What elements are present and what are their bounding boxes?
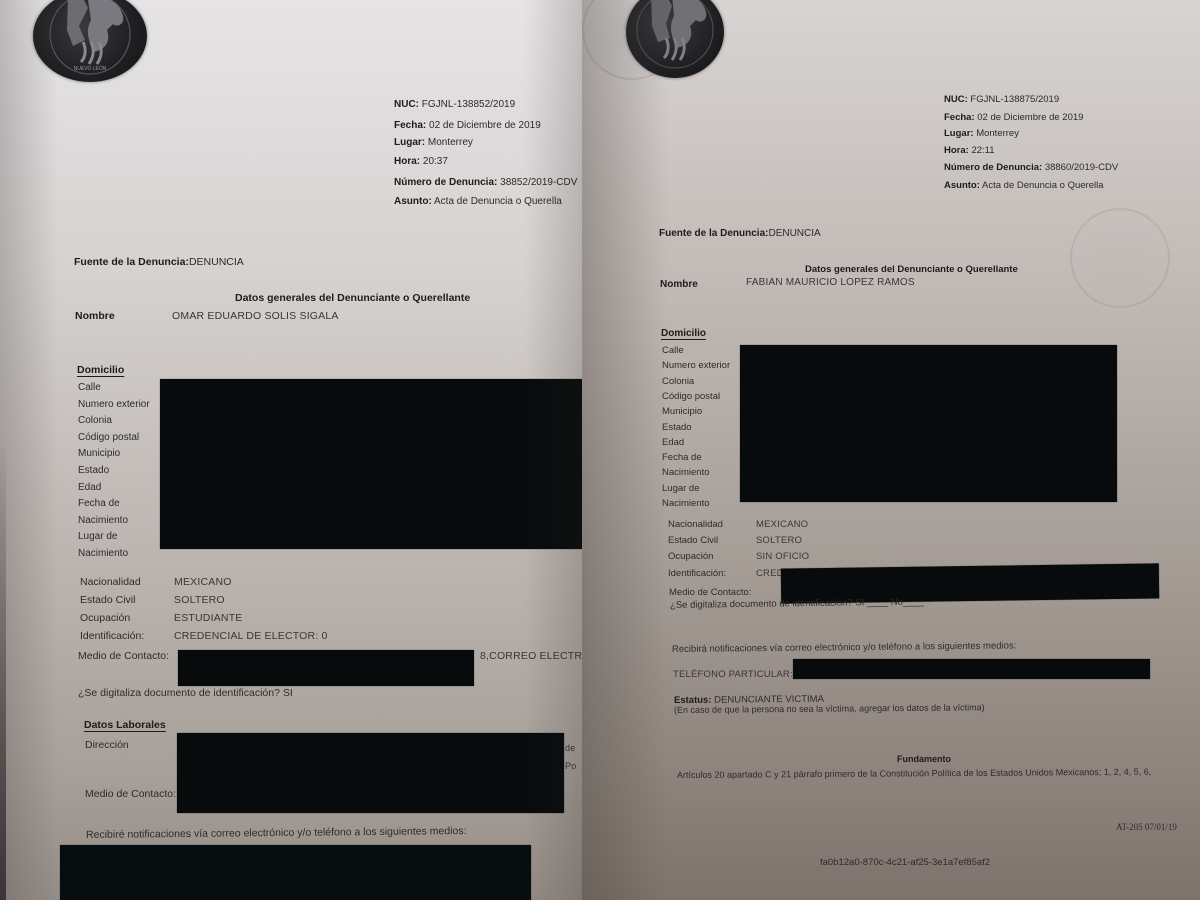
domicilio-field-label: Código postal xyxy=(78,432,139,443)
personal-field-value: ESTUDIANTE xyxy=(174,612,243,624)
fecha-line: Fecha: 02 de Diciembre de 2019 xyxy=(944,112,1083,123)
svg-text:NUEVO LEÓN: NUEVO LEÓN xyxy=(74,65,107,72)
digitaliza-line: ¿Se digitaliza documento de identificaci… xyxy=(78,687,293,699)
redaction-block-address xyxy=(740,345,1117,502)
hora-line: Hora: 22:11 xyxy=(944,145,995,156)
domicilio-field-label: Edad xyxy=(78,482,101,493)
domicilio-field-label: Nacimiento xyxy=(78,515,128,526)
lugar-line: Lugar: Monterrey xyxy=(394,137,473,148)
personal-field-label: Estado Civil xyxy=(668,535,718,546)
nombre-value: OMAR EDUARDO SOLIS SIGALA xyxy=(172,310,339,322)
fecha-line: Fecha: 02 de Diciembre de 2019 xyxy=(394,120,541,131)
notificaciones-line: Recibirá notificaciones vía correo elect… xyxy=(672,640,1016,655)
fuente-denuncia: Fuente de la Denuncia:DENUNCIA xyxy=(74,256,244,268)
domicilio-field-label: Código postal xyxy=(662,391,720,402)
domicilio-field-label: Municipio xyxy=(662,406,702,417)
form-code: AT-205 07/01/19 xyxy=(1116,822,1177,832)
estatus-note: (En caso de que la persona no sea la víc… xyxy=(674,702,985,715)
direccion-label: Dirección xyxy=(85,739,129,751)
numero-denuncia-line: Número de Denuncia: 38852/2019-CDV xyxy=(394,177,577,188)
personal-field-label: Nacionalidad xyxy=(80,576,141,588)
redaction-block-address xyxy=(160,379,582,549)
personal-field-label: Estado Civil xyxy=(80,594,135,606)
domicilio-field-label: Numero exterior xyxy=(78,399,150,410)
photo-of-two-documents: NUEVO LEÓN NUC: FGJNL-138852/2019 Fecha:… xyxy=(0,0,1200,900)
personal-field-value: MEXICANO xyxy=(756,519,808,530)
personal-field-value: SIN OFICIO xyxy=(756,551,809,562)
personal-field-value: SOLTERO xyxy=(756,535,802,546)
section-title-datos-generales: Datos generales del Denunciante o Querel… xyxy=(235,292,470,304)
nuevo-leon-seal-icon: NUEVO LEÓN xyxy=(33,0,147,82)
fuente-denuncia: Fuente de la Denuncia:DENUNCIA xyxy=(659,228,821,239)
document-hash-id: fa0b12a0-870c-4c21-af25-3e1a7ef85af2 xyxy=(820,857,990,868)
domicilio-field-label: Fecha de xyxy=(78,498,120,509)
right-document-page: NUC: FGJNL-138875/2019 Fecha: 02 de Dici… xyxy=(582,0,1200,900)
domicilio-field-label: Lugar de xyxy=(78,531,117,542)
personal-field-value: CREDENCIAL DE ELECTOR: 0 xyxy=(174,630,328,642)
medio-contacto-label: Medio de Contacto: xyxy=(669,587,751,598)
personal-field-label: Nacionalidad xyxy=(668,519,723,530)
personal-field-label: Identificación: xyxy=(668,568,726,579)
notificaciones-line: Recibiré notificaciones vía correo elect… xyxy=(86,825,467,841)
numero-denuncia-line: Número de Denuncia: 38860/2019-CDV xyxy=(944,162,1118,173)
page-edge-shadow xyxy=(0,440,6,900)
nombre-value: FABIAN MAURICIO LOPEZ RAMOS xyxy=(746,277,915,288)
hora-line: Hora: 20:37 xyxy=(394,156,448,167)
personal-field-value: SOLTERO xyxy=(174,594,225,606)
redaction-block-contact xyxy=(178,650,474,686)
direccion-tail-1: de xyxy=(565,743,575,753)
domicilio-field-label: Municipio xyxy=(78,448,120,459)
nombre-label: Nombre xyxy=(660,279,698,290)
medio-contacto-visible-tail: 8,CORREO ELECTRO xyxy=(480,650,582,662)
domicilio-field-label: Fecha de xyxy=(662,452,702,463)
domicilio-heading: Domicilio xyxy=(661,328,706,339)
asunto-line: Asunto: Acta de Denuncia o Querella xyxy=(394,196,562,207)
asunto-line: Asunto: Acta de Denuncia o Querella xyxy=(944,180,1103,191)
medio-contacto-label: Medio de Contacto: xyxy=(78,650,169,662)
personal-field-value: MEXICANO xyxy=(174,576,232,588)
nombre-label: Nombre xyxy=(75,310,115,322)
redaction-block-notifications xyxy=(60,845,531,900)
section-title-datos-generales: Datos generales del Denunciante o Querel… xyxy=(805,264,1018,275)
nuevo-leon-seal-icon xyxy=(626,0,724,78)
domicilio-field-label: Nacimiento xyxy=(78,548,128,559)
nuc-line: NUC: FGJNL-138852/2019 xyxy=(394,99,515,110)
personal-field-label: Identificación: xyxy=(80,630,144,642)
domicilio-field-label: Lugar de xyxy=(662,483,700,494)
domicilio-field-label: Numero exterior xyxy=(662,360,730,371)
telefono-particular-label: TELÉFONO PARTICULAR: xyxy=(673,669,793,680)
domicilio-field-label: Colonia xyxy=(662,376,694,387)
left-document-page: NUEVO LEÓN NUC: FGJNL-138852/2019 Fecha:… xyxy=(0,0,582,900)
personal-field-label: Ocupación xyxy=(80,612,130,624)
redaction-block-phone xyxy=(793,659,1150,679)
datos-laborales-heading: Datos Laborales xyxy=(84,719,166,731)
laboral-contacto-label: Medio de Contacto: xyxy=(85,788,176,800)
redaction-block-work xyxy=(177,733,564,813)
faded-stamp xyxy=(1070,208,1170,308)
nuc-line: NUC: FGJNL-138875/2019 xyxy=(944,94,1059,105)
domicilio-field-label: Nacimiento xyxy=(662,498,710,509)
domicilio-field-label: Calle xyxy=(78,382,101,393)
direccion-tail-2: Po xyxy=(565,761,576,771)
personal-field-label: Ocupación xyxy=(668,551,713,562)
fundamento-heading: Fundamento xyxy=(897,754,951,764)
lugar-line: Lugar: Monterrey xyxy=(944,128,1019,139)
domicilio-field-label: Estado xyxy=(78,465,109,476)
domicilio-field-label: Edad xyxy=(662,437,684,448)
domicilio-field-label: Calle xyxy=(662,345,684,356)
domicilio-field-label: Nacimiento xyxy=(662,467,710,478)
fundamento-text: Artículos 20 apartado C y 21 párrafo pri… xyxy=(677,767,1151,780)
digitaliza-line: ¿Se digitaliza documento de identificaci… xyxy=(670,596,924,611)
domicilio-field-label: Colonia xyxy=(78,415,112,426)
domicilio-heading: Domicilio xyxy=(77,364,124,376)
domicilio-field-label: Estado xyxy=(662,422,692,433)
